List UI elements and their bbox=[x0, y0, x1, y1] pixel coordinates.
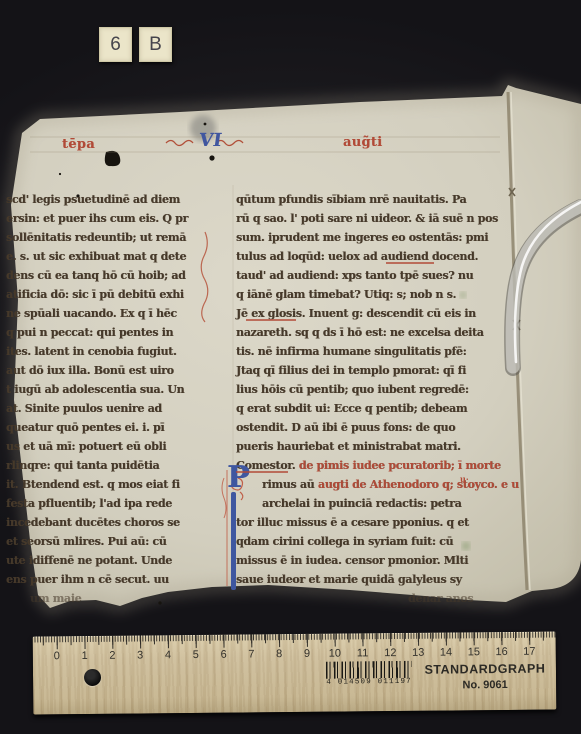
ruler-number: 4 bbox=[160, 649, 176, 661]
ruler-number: 0 bbox=[49, 650, 65, 662]
shelfmark-letter-tile: B bbox=[139, 27, 172, 62]
manuscript-line-torn: denar anos bbox=[236, 589, 484, 608]
manuscript-line: tulus ad loqūd: uelox ad audiend docend. bbox=[236, 247, 484, 266]
ruler-number: 12 bbox=[382, 647, 398, 659]
manuscript-line: ites. latent in cenobia fugiut. bbox=[6, 342, 188, 361]
manuscript-line: e. s. ut sic exhibuat mat q dete bbox=[6, 247, 188, 266]
manuscript-line: scd' legis psuetudinē ad diem bbox=[6, 190, 188, 209]
manuscript-line: dens cū ea tanq hō cū hoib; ad bbox=[6, 266, 188, 285]
ruler-number: 13 bbox=[410, 647, 426, 659]
ruler-number: 9 bbox=[299, 648, 315, 660]
manuscript-line: atificia dō: sic ī pū debitū exhi bbox=[6, 285, 188, 304]
speck bbox=[59, 173, 61, 175]
ruler-number: 2 bbox=[104, 650, 120, 662]
manuscript-line: queatur quō pentes ei. i. pī bbox=[6, 418, 188, 437]
text-column-right: qūtum pfundis sībiam nrē nauitatis. Pa r… bbox=[236, 190, 484, 608]
running-title-left: tēpa bbox=[62, 137, 95, 152]
ruler: 0 1 2 3 4 5 6 7 8 9 10 11 12 13 14 15 16… bbox=[33, 631, 557, 714]
red-underline bbox=[236, 471, 288, 473]
running-title-right: aug̃ti bbox=[343, 135, 382, 150]
manuscript-line: taud' ad audiend: xps tanto tpē sues? nu bbox=[236, 266, 484, 285]
manuscript-line: incedebant ducētes choros se bbox=[6, 513, 188, 532]
manuscript-line: tis. nē infirma humane singulitatis pfē: bbox=[236, 342, 484, 361]
manuscript-line: us et uā mī: potuert eū obli bbox=[6, 437, 188, 456]
ruler-number: 7 bbox=[243, 648, 259, 660]
manuscript-line: ute idiffenē ne potant. Unde bbox=[6, 551, 188, 570]
initial-stem bbox=[231, 492, 236, 590]
speck bbox=[209, 155, 214, 160]
marginal-note: u· bbox=[460, 474, 469, 484]
manuscript-line: lius hōis cū pentib; quo iubent regredē: bbox=[236, 380, 484, 399]
ruler-number: 17 bbox=[521, 646, 537, 658]
manuscript-line: rū q sao. l' poti sare ni uideor. & iā s… bbox=[236, 209, 484, 228]
manuscript-line: qdam cirini collega in syriam fuit: cū bbox=[236, 532, 484, 551]
ruler-number: 16 bbox=[494, 646, 510, 658]
photo-stage: 6 B tēpa VI aug̃ti scd' legis psuetudinē… bbox=[0, 0, 581, 734]
ruler-model: No. 9061 bbox=[415, 678, 555, 691]
ruler-number: 10 bbox=[327, 648, 343, 660]
ruler-hanging-hole bbox=[84, 669, 101, 686]
incipit-rubric: augti de Athenodoro q; stoyco. e u bbox=[318, 478, 519, 491]
manuscript-line: saue iudeor et marie quidā galyleus sy bbox=[236, 570, 484, 589]
text-column-left: scd' legis psuetudinē ad diem ersin: et … bbox=[6, 190, 188, 608]
quire-numeral: VI bbox=[198, 130, 223, 151]
rubric-text: de pimis iudee pcuratorib; ī morte bbox=[299, 459, 501, 472]
manuscript-line: rlinqre: qui tanta puidētia bbox=[6, 456, 188, 475]
red-underline bbox=[386, 262, 434, 264]
manuscript-line: ens puer ihm n cē secut. uu bbox=[6, 570, 188, 589]
decorated-initial: P bbox=[227, 463, 250, 493]
manuscript-line: ersin: et puer ihs cum eis. Q pr bbox=[6, 209, 188, 228]
incipit-text: rimus aū bbox=[262, 478, 314, 491]
manuscript-line: tor illuc missus ē a cesare pponius. q e… bbox=[236, 513, 484, 532]
ruler-number: 1 bbox=[77, 650, 93, 662]
manuscript-line: ne spūali uacando. Ex q ī hēc bbox=[6, 304, 188, 323]
manuscript-line: sum. iprudent me ingeres eo ostentās: pm… bbox=[236, 228, 484, 247]
manuscript-line: missus ē in iudea. censor pmonior. Mlti bbox=[236, 551, 484, 570]
ruler-number: 6 bbox=[216, 649, 232, 661]
manuscript-line: Jtaq qī filius dei in templo pmorat: qī … bbox=[236, 361, 484, 380]
manuscript-line: q erat subdit ui: Ecce q pentib; debeam bbox=[236, 399, 484, 418]
manuscript-line: festa pfluentib; l'ad ipa rede bbox=[6, 494, 188, 513]
ruler-number: 15 bbox=[466, 646, 482, 658]
ruler-number: 3 bbox=[132, 649, 148, 661]
manuscript-line: ostendit. D aū ibi ē puus fons: de quo bbox=[236, 418, 484, 437]
manuscript-line: q iānē glam timebat? Utiq: s; nob n s. bbox=[236, 285, 484, 304]
shelfmark-letter: B bbox=[149, 34, 162, 56]
manuscript-line: nazareth. sq q ds ī hō est: ne excelsa d… bbox=[236, 323, 484, 342]
barcode: 4 014509 011197 bbox=[326, 661, 412, 688]
speck bbox=[204, 123, 207, 126]
red-underline bbox=[246, 319, 296, 321]
manuscript-line: sollēnitatis redeuntib; ut remā bbox=[6, 228, 188, 247]
manuscript-line: aut dō iux illa. Bonū est uiro bbox=[6, 361, 188, 380]
manuscript-line: q pui n peccat: qui pentes in bbox=[6, 323, 188, 342]
shelfmark-number: 6 bbox=[110, 34, 121, 56]
ruler-brand: STANDARDGRAPH bbox=[415, 661, 555, 676]
manuscript-line: at. Sinite puulos uenire ad bbox=[6, 399, 188, 418]
ruler-number: 5 bbox=[188, 649, 204, 661]
barcode-digits: 4 014509 011197 bbox=[326, 678, 412, 687]
ruler-number: 8 bbox=[271, 648, 287, 660]
manuscript-line: archelai in puinciā redactis: petra bbox=[236, 494, 484, 513]
manuscript-line: t iugū ab adolescentia sua. Un bbox=[6, 380, 188, 399]
manuscript-line-torn: um maie bbox=[6, 589, 188, 608]
manuscript-line: pueris hauriebat et ministrabat matri. bbox=[236, 437, 484, 456]
ruler-number: 14 bbox=[438, 646, 454, 658]
shelfmark-number-tile: 6 bbox=[99, 27, 132, 62]
manuscript-line: it. Btendend est. q mos eiat fi bbox=[6, 475, 188, 494]
ruler-number: 11 bbox=[355, 647, 371, 659]
barcode-bars bbox=[326, 661, 412, 679]
incipit-line: rimus aū augti de Athenodoro q; stoyco. … bbox=[236, 475, 484, 494]
manuscript-line: qūtum pfundis sībiam nrē nauitatis. Pa bbox=[236, 190, 484, 209]
manuscript-line: et seorsū mlires. Pui aū: cū bbox=[6, 532, 188, 551]
